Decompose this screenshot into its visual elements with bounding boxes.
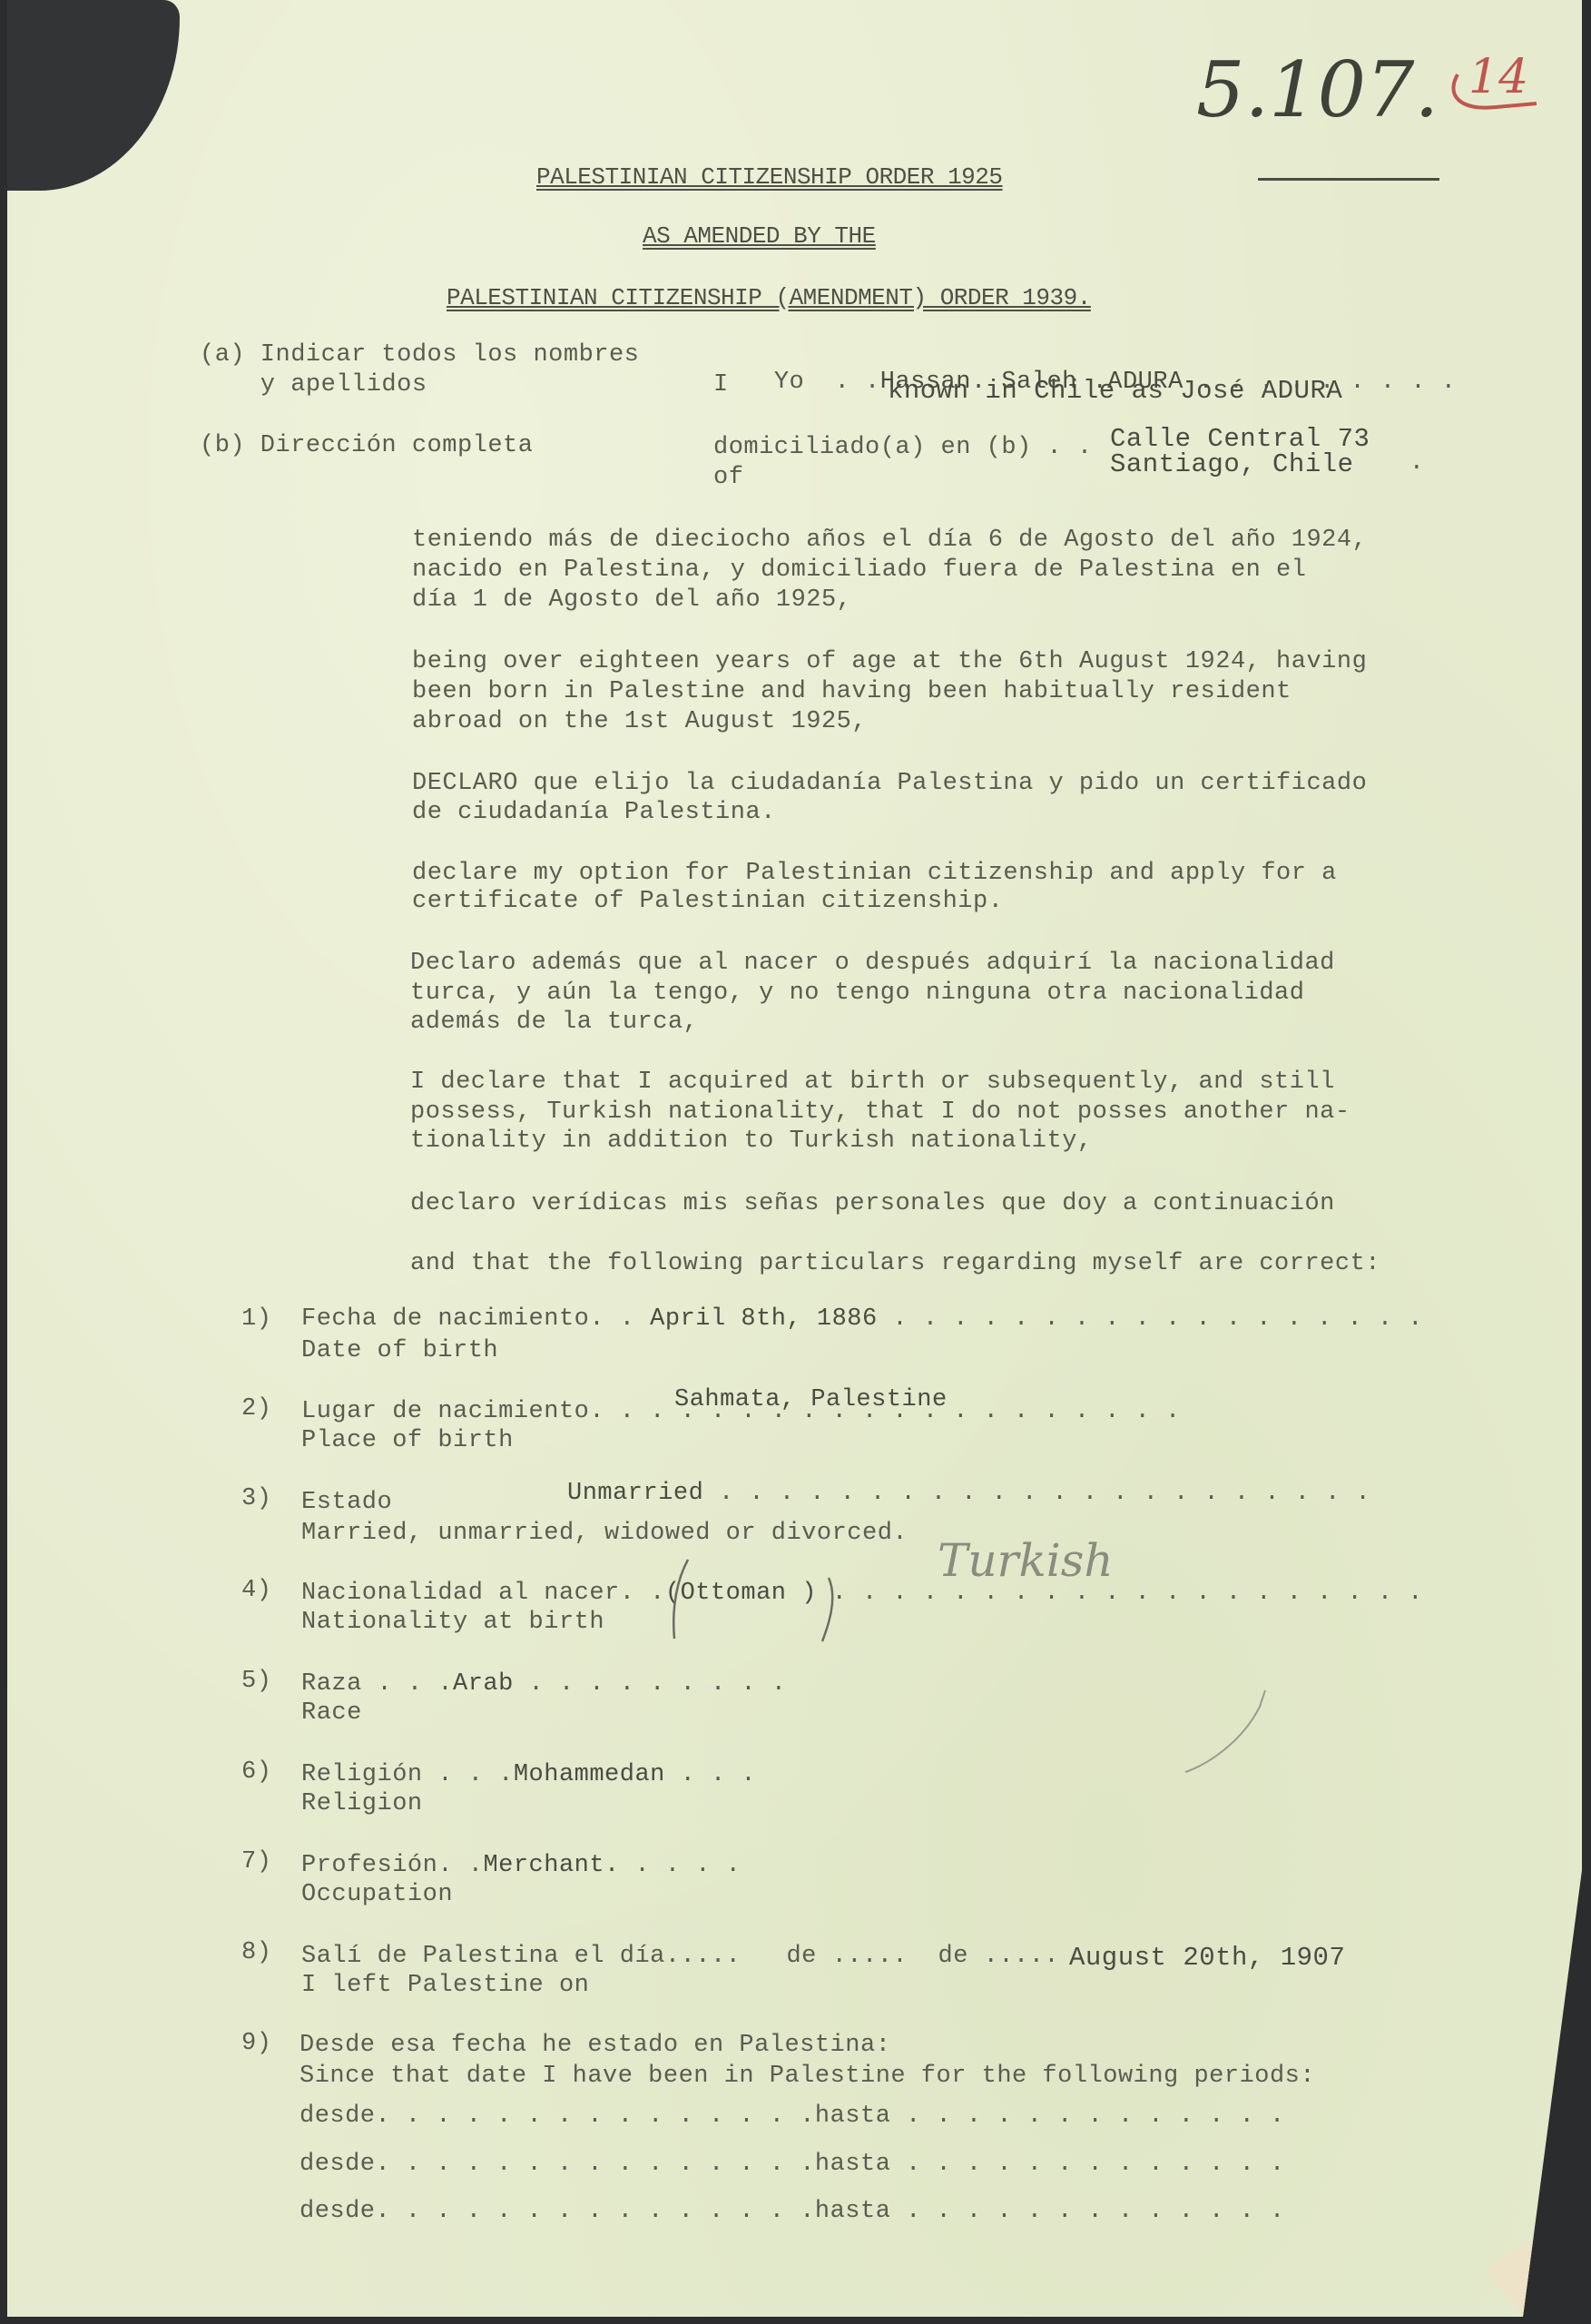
ottoman-left-bracket — [673, 1560, 688, 1639]
red-underline-mark — [1453, 74, 1537, 108]
document-page: 5.107. 14 PALESTINIAN CITIZENSHIP ORDER … — [7, 0, 1582, 2317]
handwritten-marks — [7, 0, 1582, 2317]
ottoman-right-bracket — [822, 1578, 832, 1641]
check-mark — [1185, 1690, 1265, 1772]
